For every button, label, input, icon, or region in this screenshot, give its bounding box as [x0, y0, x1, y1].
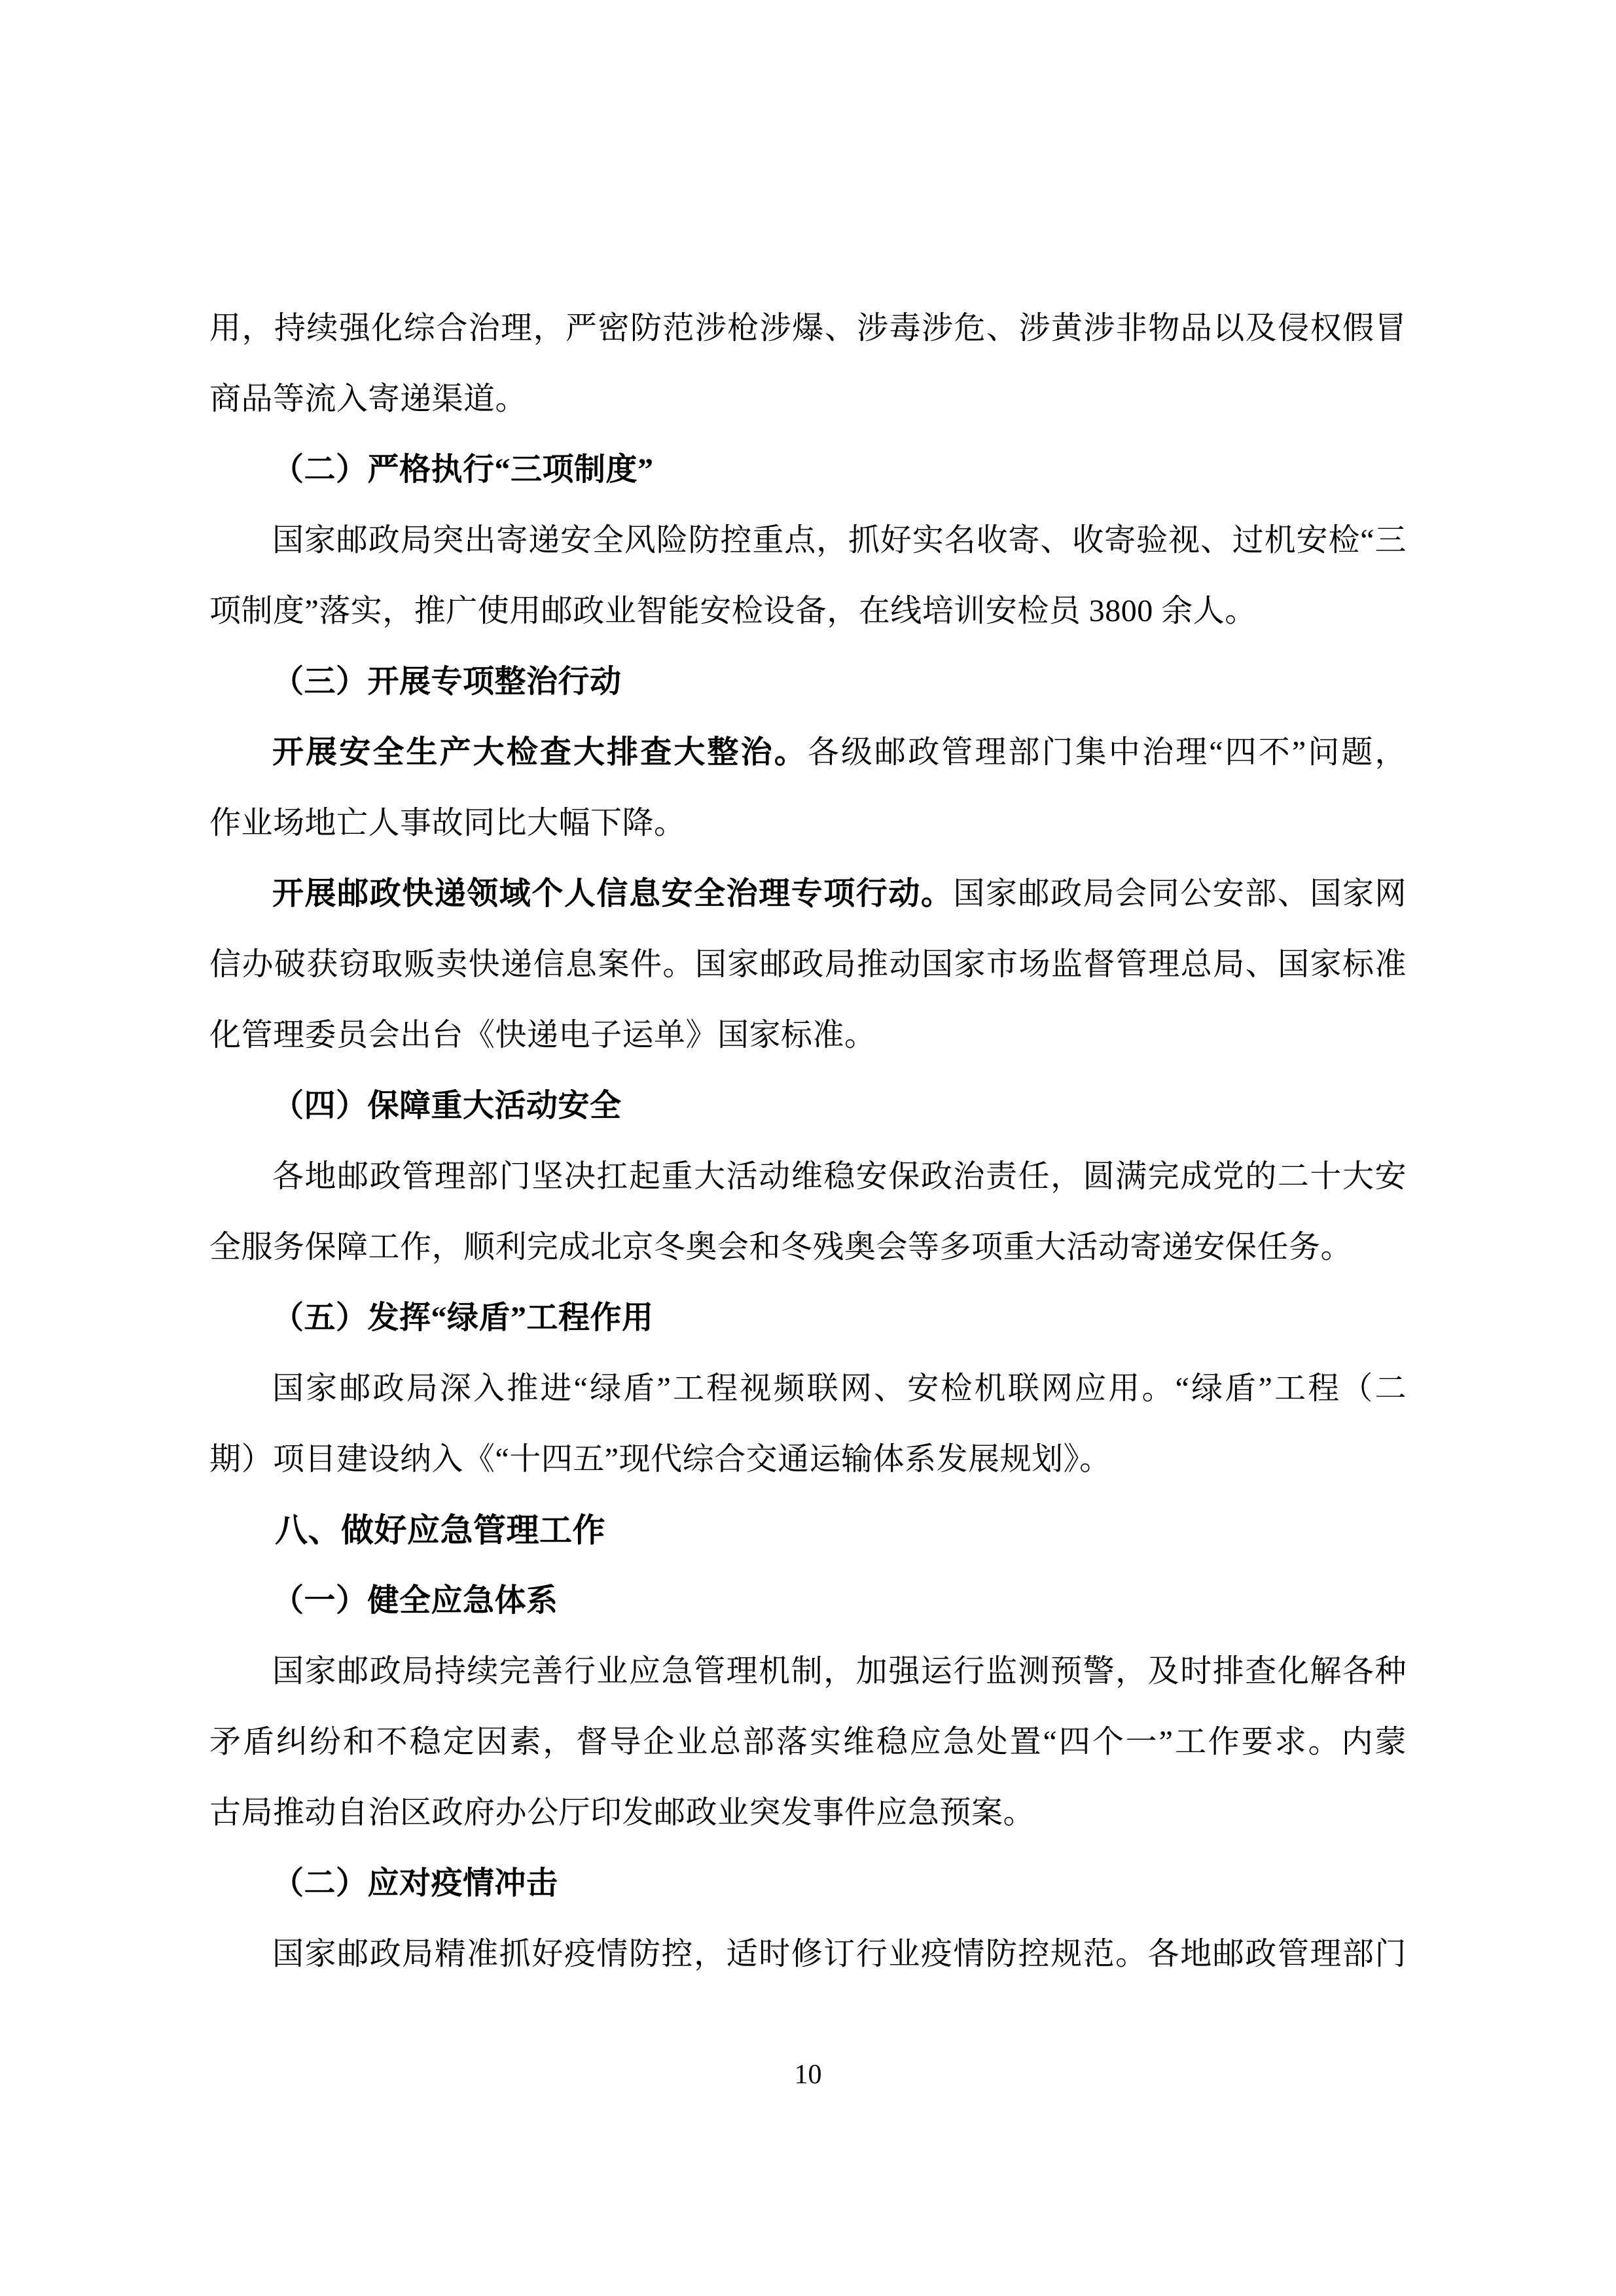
body-line: 项制度”落实，推广使用邮政业智能安检设备，在线培训安检员 3800 余人。: [209, 576, 1407, 647]
document-page: 用，持续强化综合治理，严密防范涉枪涉爆、涉毒涉危、涉黄涉非物品以及侵权假冒商品等…: [0, 0, 1616, 2296]
text-segment: 化管理委员会出台《快递电子运单》国家标准。: [209, 1018, 876, 1052]
section-heading: （一）健全应急体系: [209, 1566, 1407, 1636]
text-segment: 古局推动自治区政府办公厅印发邮政业突发事件应急预案。: [209, 1795, 1035, 1830]
document-content: 用，持续强化综合治理，严密防范涉枪涉爆、涉毒涉危、涉黄涉非物品以及侵权假冒商品等…: [209, 293, 1407, 1990]
text-segment: 商品等流入寄递渠道。: [209, 382, 527, 416]
text-segment: （二）严格执行“三项制度”: [272, 452, 654, 487]
text-segment: 国家邮政局精准抓好疫情防控，适时修订行业疫情防控规范。各地邮政管理部门: [272, 1937, 1407, 1971]
text-segment: 国家邮政局深入推进“绿盾”工程视频联网、安检机联网应用。“绿盾”工程（二: [272, 1371, 1407, 1406]
body-line: 作业场地亡人事故同比大幅下降。: [209, 788, 1407, 859]
body-line: 国家邮政局深入推进“绿盾”工程视频联网、安检机联网应用。“绿盾”工程（二: [209, 1354, 1407, 1424]
text-segment: 项制度”落实，推广使用邮政业智能安检设备，在线培训安检员 3800 余人。: [209, 594, 1257, 628]
body-line: 国家邮政局持续完善行业应急管理机制，加强运行监测预警，及时排查化解各种: [209, 1636, 1407, 1707]
text-segment: （五）发挥“绿盾”工程作用: [272, 1300, 654, 1335]
section-heading: （二）严格执行“三项制度”: [209, 435, 1407, 505]
body-line: 古局推动自治区政府办公厅印发邮政业突发事件应急预案。: [209, 1778, 1407, 1848]
text-segment: 国家邮政局会同公安部、国家网: [953, 876, 1407, 911]
chapter-heading: 八、做好应急管理工作: [209, 1495, 1407, 1566]
body-line: 矛盾纠纷和不稳定因素，督导企业总部落实维稳应急处置“四个一”工作要求。内蒙: [209, 1707, 1407, 1778]
text-segment: 作业场地亡人事故同比大幅下降。: [209, 806, 686, 840]
text-segment: 信办破获窃取贩卖快递信息案件。国家邮政局推动国家市场监督管理总局、国家标准: [209, 947, 1407, 982]
body-line: 各地邮政管理部门坚决扛起重大活动维稳安保政治责任，圆满完成党的二十大安: [209, 1141, 1407, 1212]
text-segment: （四）保障重大活动安全: [272, 1088, 622, 1123]
text-segment: 各地邮政管理部门坚决扛起重大活动维稳安保政治责任，圆满完成党的二十大安: [272, 1159, 1407, 1194]
body-line: 信办破获窃取贩卖快递信息案件。国家邮政局推动国家市场监督管理总局、国家标准: [209, 929, 1407, 1000]
text-segment: 用，持续强化综合治理，严密防范涉枪涉爆、涉毒涉危、涉黄涉非物品以及侵权假冒: [209, 311, 1407, 346]
body-line: 用，持续强化综合治理，严密防范涉枪涉爆、涉毒涉危、涉黄涉非物品以及侵权假冒: [209, 293, 1407, 364]
body-line: 期）项目建设纳入《“十四五”现代综合交通运输体系发展规划》。: [209, 1424, 1407, 1495]
bold-text-segment: 开展安全生产大检查大排查大整治。: [272, 735, 808, 770]
body-line: 化管理委员会出台《快递电子运单》国家标准。: [209, 1000, 1407, 1071]
section-heading: （四）保障重大活动安全: [209, 1071, 1407, 1141]
text-segment: （二）应对疫情冲击: [272, 1866, 558, 1901]
text-segment: 全服务保障工作，顺利完成北京冬奥会和冬残奥会等多项重大活动寄递安保任务。: [209, 1230, 1352, 1265]
body-line: 国家邮政局精准抓好疫情防控，适时修订行业疫情防控规范。各地邮政管理部门: [209, 1919, 1407, 1990]
page-number: 10: [795, 2060, 822, 2090]
body-line: 开展邮政快递领域个人信息安全治理专项行动。国家邮政局会同公安部、国家网: [209, 859, 1407, 929]
text-segment: （一）健全应急体系: [272, 1583, 558, 1618]
bold-text-segment: 开展邮政快递领域个人信息安全治理专项行动。: [272, 876, 953, 911]
body-line: 国家邮政局突出寄递安全风险防控重点，抓好实名收寄、收寄验视、过机安检“三: [209, 505, 1407, 576]
text-segment: 矛盾纠纷和不稳定因素，督导企业总部落实维稳应急处置“四个一”工作要求。内蒙: [209, 1725, 1407, 1759]
section-heading: （三）开展专项整治行动: [209, 647, 1407, 717]
body-line: 开展安全生产大检查大排查大整治。各级邮政管理部门集中治理“四不”问题，: [209, 717, 1407, 788]
page-footer: 10: [0, 2059, 1616, 2090]
text-segment: 国家邮政局突出寄递安全风险防控重点，抓好实名收寄、收寄验视、过机安检“三: [272, 523, 1407, 558]
bold-text-segment: 八、做好应急管理工作: [275, 1512, 605, 1549]
text-segment: （三）开展专项整治行动: [272, 664, 622, 699]
text-segment: 国家邮政局持续完善行业应急管理机制，加强运行监测预警，及时排查化解各种: [272, 1654, 1407, 1689]
section-heading: （五）发挥“绿盾”工程作用: [209, 1283, 1407, 1354]
body-line: 全服务保障工作，顺利完成北京冬奥会和冬残奥会等多项重大活动寄递安保任务。: [209, 1212, 1407, 1283]
section-heading: （二）应对疫情冲击: [209, 1848, 1407, 1919]
text-segment: 期）项目建设纳入《“十四五”现代综合交通运输体系发展规划》。: [209, 1442, 1111, 1477]
body-line: 商品等流入寄递渠道。: [209, 364, 1407, 435]
text-segment: 各级邮政管理部门集中治理“四不”问题，: [808, 735, 1407, 770]
